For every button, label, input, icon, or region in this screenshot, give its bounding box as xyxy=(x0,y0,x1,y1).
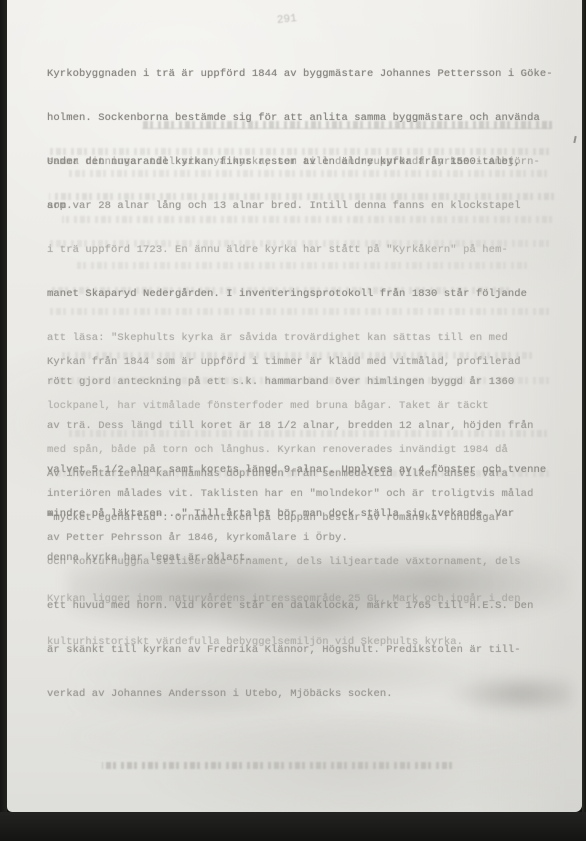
text-line: i trä uppförd 1723. En ännu äldre kyrka … xyxy=(47,240,546,260)
text-line: "mycket egenartad". Ornamentiken på cupp… xyxy=(47,508,533,528)
scan-edge-bottom xyxy=(0,812,586,841)
scan-edge-left xyxy=(0,0,7,841)
paragraph-surroundings: Kyrkan ligger inom naturvårdens intresse… xyxy=(47,566,521,676)
text-line: Av inventarierna kan nämnas dopfunten fr… xyxy=(47,464,533,484)
scan-edge-right xyxy=(582,0,586,841)
stray-ink-mark xyxy=(573,136,576,143)
text-line: Kyrkan från 1844 som är uppförd i timmer… xyxy=(47,352,533,372)
text-line: lockpanel, har vitmålade fönsterfoder me… xyxy=(47,396,533,416)
bleedthrough-line xyxy=(102,762,452,769)
text-line: kulturhistoriskt värdefulla bebyggelsemi… xyxy=(47,633,521,652)
page-number: 291 xyxy=(276,13,297,27)
text-line: manet Skaparyd Nedergården. I inventerin… xyxy=(47,284,546,304)
text-line: Kyrkobyggnaden i trä är uppförd 1844 av … xyxy=(47,64,553,84)
text-line: som var 28 alnar lång och 13 alnar bred.… xyxy=(47,196,546,216)
scanned-document: 291 Kyrkobyggnaden i trä är uppförd 1844… xyxy=(0,0,586,841)
paper-sheet: 291 Kyrkobyggnaden i trä är uppförd 1844… xyxy=(7,0,582,812)
text-line: Under den nuvarande kyrkan finns rester … xyxy=(47,152,546,172)
text-line: verkad av Johannes Andersson i Utebo, Mj… xyxy=(47,684,533,704)
text-line: Kyrkan ligger inom naturvårdens intresse… xyxy=(47,590,521,609)
text-line: holmen. Sockenborna bestämde sig för att… xyxy=(47,108,553,128)
